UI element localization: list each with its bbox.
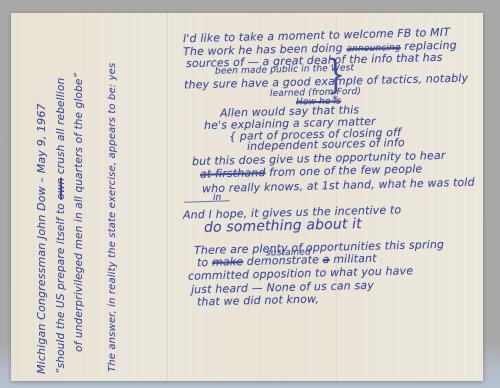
para4-line2: do something about it: [204, 217, 362, 236]
margin-note-line-3-text: of underprivileged men in all quarters o…: [73, 73, 85, 352]
para5-line5: that we did not know,: [197, 294, 319, 309]
margin-note-line-2-struck: own: [55, 178, 67, 200]
para5-line2-post: militant: [329, 252, 376, 266]
scan-background: Michigan Congressman John Dow – May 9, 1…: [0, 0, 500, 388]
margin-note-line-3: of underprivileged men in all quarters o…: [74, 73, 85, 352]
margin-note-line-1: Michigan Congressman John Dow – May 9, 1…: [36, 103, 47, 374]
para5-line5-text: that we did not know,: [197, 293, 319, 309]
margin-note-line-4: The answer, in reality the state exercis…: [108, 63, 118, 372]
para5-line2-pre: to: [197, 256, 212, 269]
margin-note-line-4-text: The answer, in reality the state exercis…: [107, 63, 118, 372]
para3-insert: in: [213, 194, 222, 204]
paper: Michigan Congressman John Dow – May 9, 1…: [11, 13, 483, 381]
fold-crease-left: [166, 13, 170, 381]
brace-glyph-text: }: [326, 52, 346, 99]
margin-note-line-2-post: crush all rebellion: [55, 78, 67, 178]
margin-note-line-2-pre: “should the US prepare itself to: [55, 200, 67, 374]
para3-line2-struck: at firsthand: [200, 166, 266, 181]
para5-line2-struck1: make: [212, 255, 244, 269]
brace-glyph: }: [326, 55, 346, 96]
para4-line2-text: do something about it: [204, 216, 362, 236]
margin-note-line-1-text: Michigan Congressman John Dow – May 9, 1…: [35, 103, 48, 374]
margin-note-line-2: “should the US prepare itself to own cru…: [56, 78, 67, 374]
insertion-stroke: [184, 200, 230, 203]
